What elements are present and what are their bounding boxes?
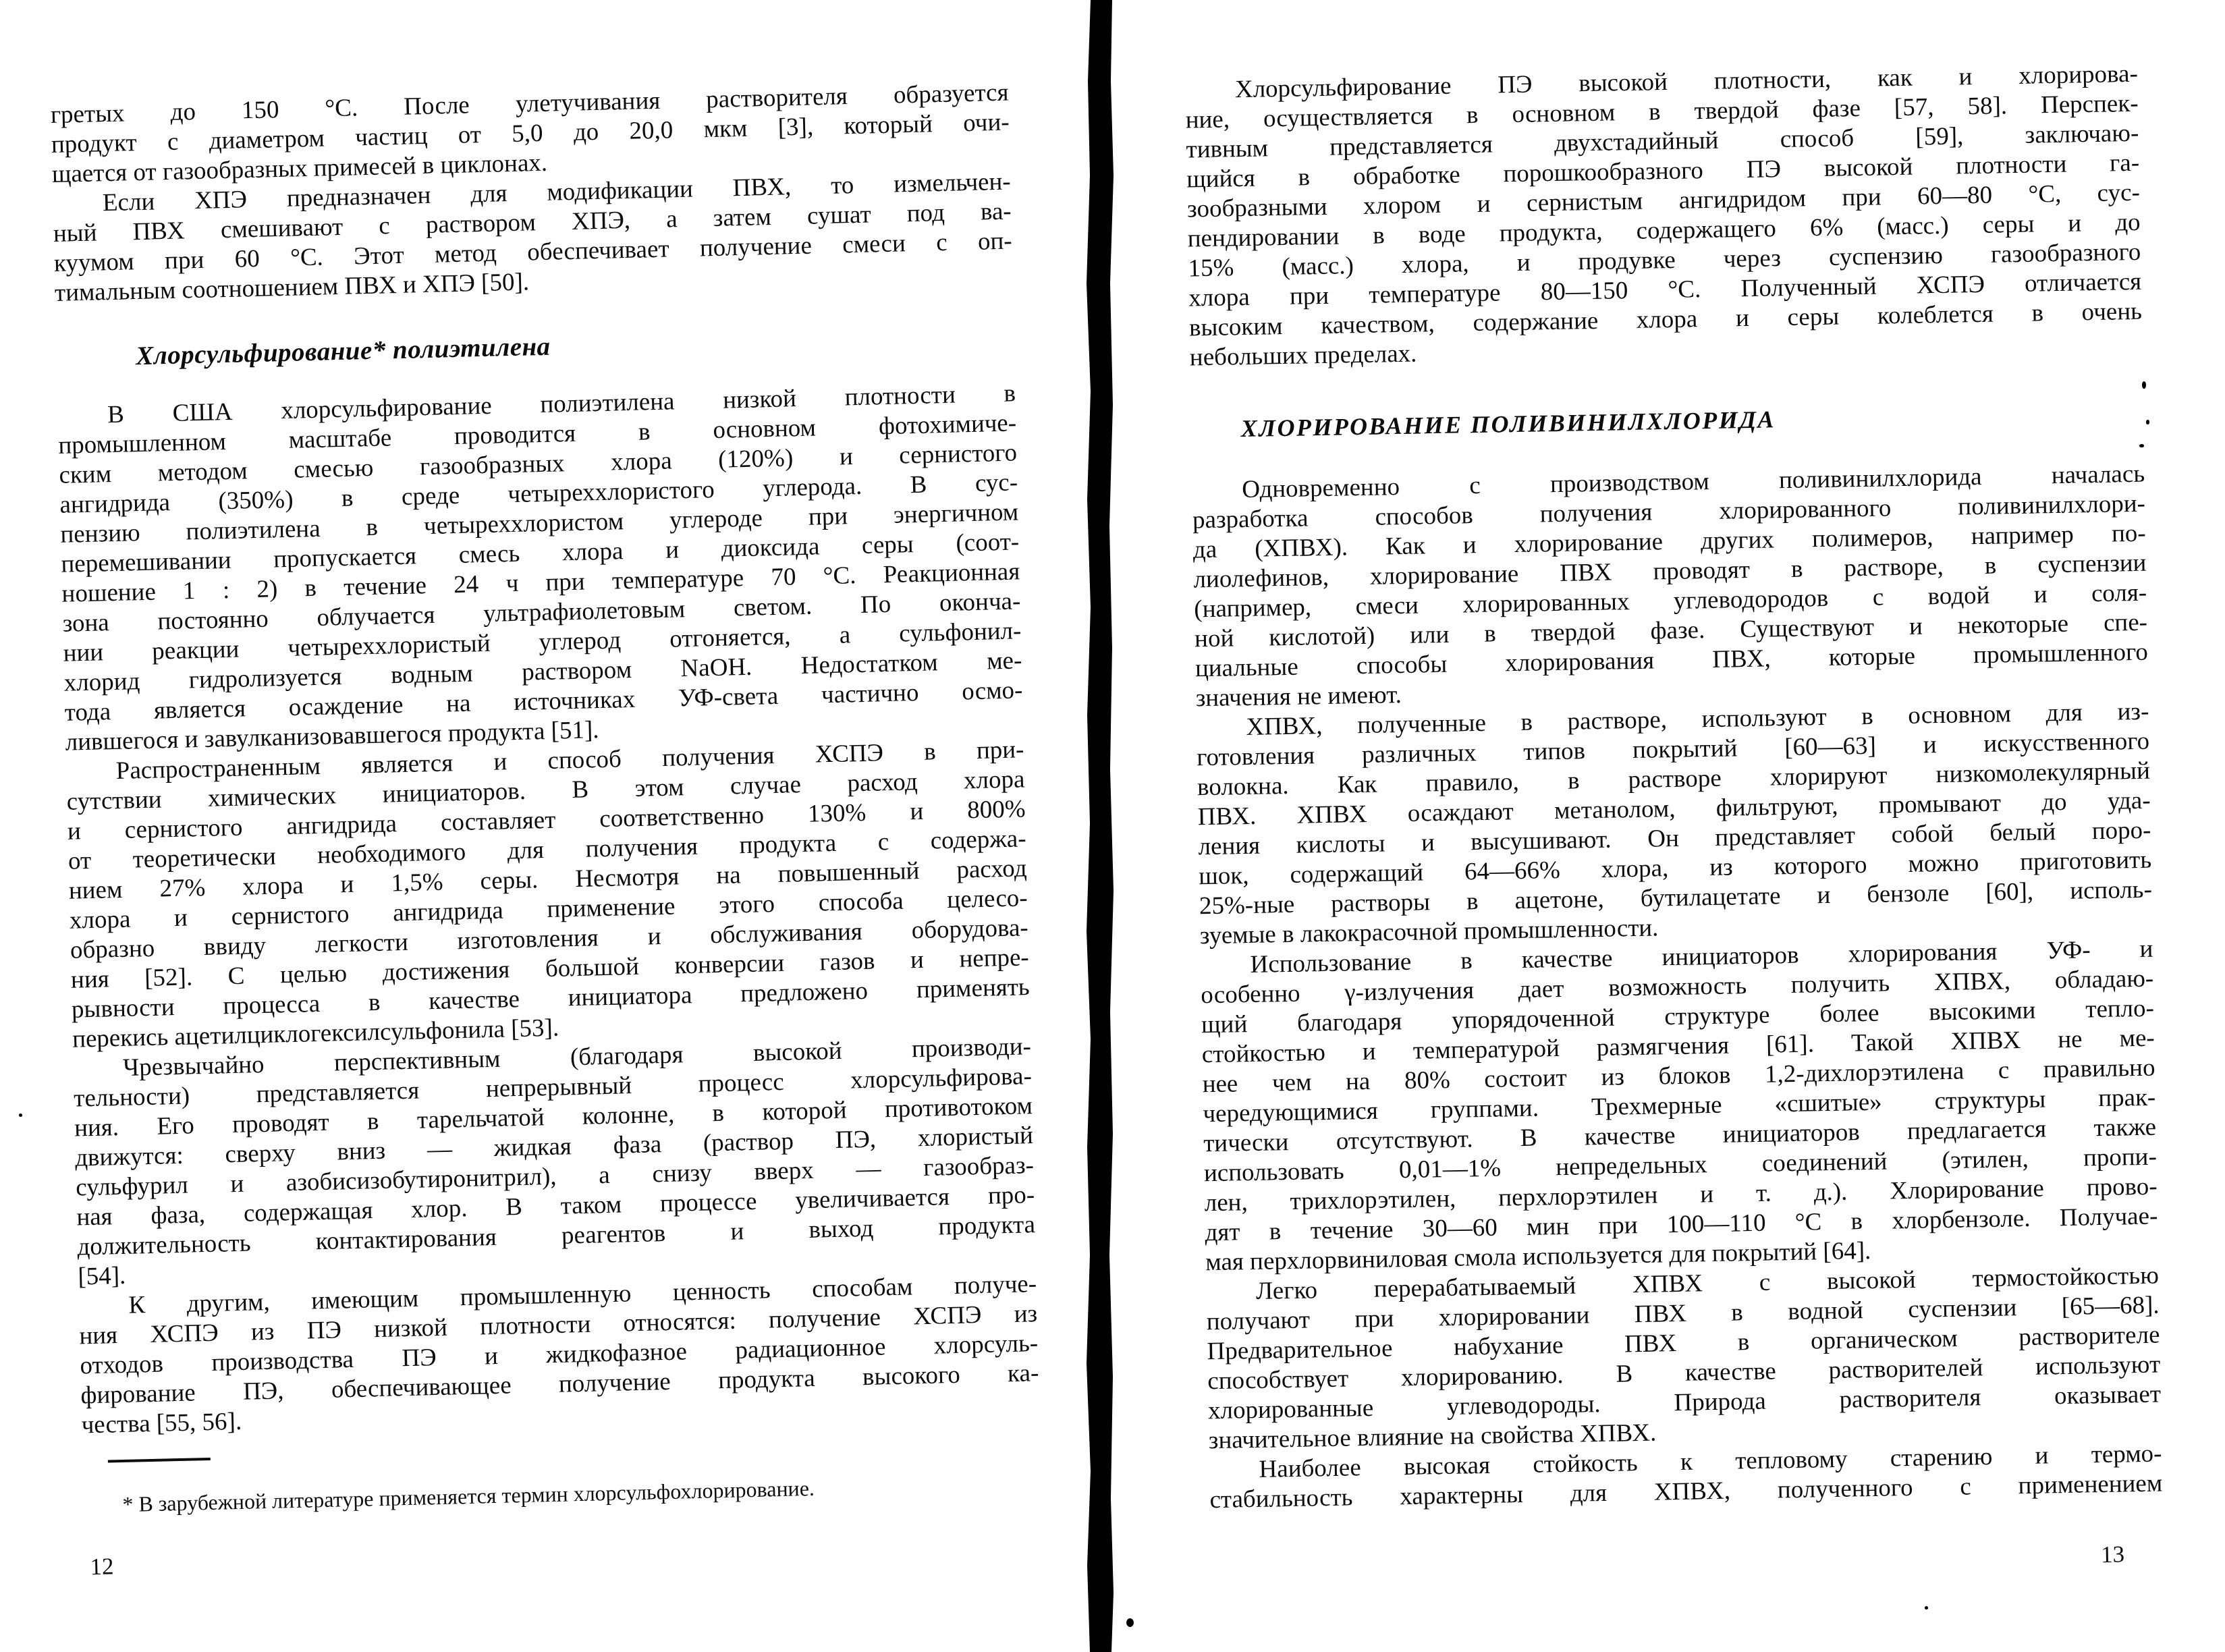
scan-speck	[19, 1113, 22, 1117]
section-heading-pvc-chlorination: ХЛОРИРОВАНИЕ ПОЛИВИНИЛХЛОРИДА	[1190, 397, 2144, 446]
footnote-text: * В зарубежной литературе применяется те…	[83, 1469, 1042, 1518]
footnote-rule	[108, 1458, 211, 1463]
page-number-right: 13	[1211, 1541, 2164, 1585]
scan-speck	[2146, 420, 2149, 424]
scan-speck	[2142, 381, 2146, 389]
section-heading-chlorosulfonation: Хлорсульфирование* полиэтилена	[56, 319, 1015, 374]
right-page-body-paragraphs: Одновременно с производством поливинилхл…	[1192, 460, 2163, 1515]
page-number-left: 12	[84, 1531, 1043, 1580]
right-page-top-paragraphs: Хлорсульфирование ПЭ высокой плотности, …	[1185, 59, 2143, 373]
left-page-column: гретых до 150 °C. После улетучивания рас…	[50, 78, 1043, 1581]
left-page-body-paragraphs: В США хлорсульфирование полиэтилена низк…	[57, 379, 1040, 1440]
book-binding-gutter-bar	[1085, 0, 1116, 1652]
right-page-column: Хлорсульфирование ПЭ высокой плотности, …	[1185, 59, 2164, 1584]
scan-speck	[1126, 1618, 1134, 1627]
left-page-top-paragraphs: гретых до 150 °C. После улетучивания рас…	[50, 78, 1013, 308]
scan-speck	[2139, 444, 2144, 447]
scan-speck	[1925, 1606, 1928, 1609]
